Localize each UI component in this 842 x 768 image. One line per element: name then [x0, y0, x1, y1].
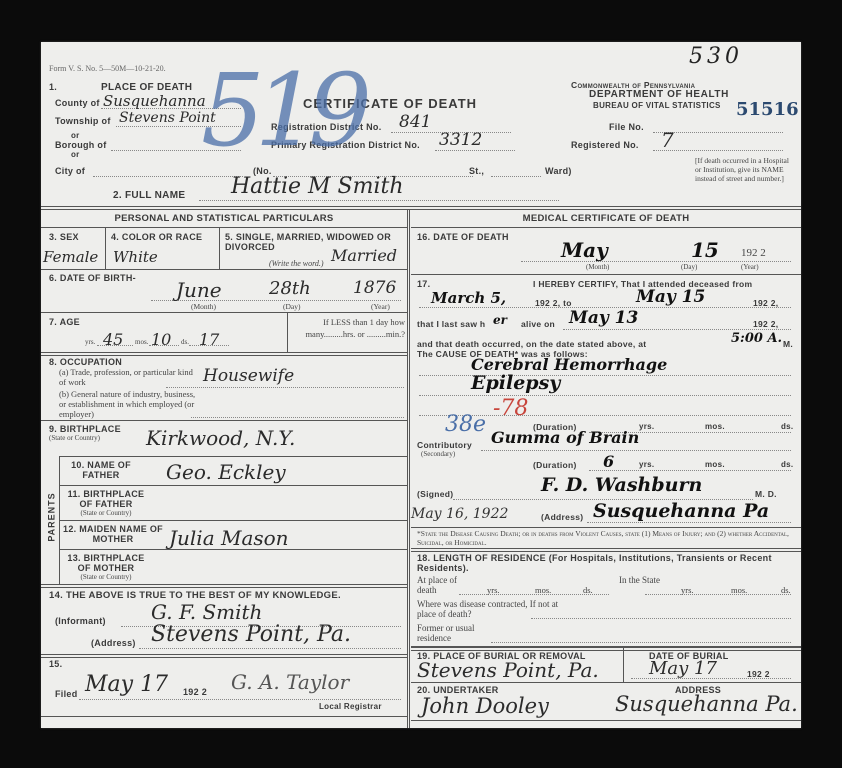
- marital-value: Married: [331, 246, 397, 265]
- state-yrs-label: yrs.: [681, 585, 694, 595]
- county-label: County of: [55, 98, 100, 108]
- or-text: or: [71, 131, 80, 140]
- cause-line-2: Epilepsy: [471, 372, 560, 394]
- cause-footnote: *State the Disease Causing Death; or in …: [417, 529, 797, 547]
- attended-to: May 15: [636, 287, 705, 307]
- registrar-signature: G. A. Taylor: [231, 670, 349, 694]
- city-label: City of: [55, 166, 85, 176]
- birthplace-value: Kirkwood, N.Y.: [146, 426, 295, 450]
- sex-value: Female: [43, 248, 98, 266]
- township-label: Township of: [55, 116, 111, 126]
- duration-ds-label: ds.: [781, 422, 793, 431]
- contributory-duration-years: 6: [603, 452, 614, 471]
- residence-ds-label: ds.: [583, 585, 593, 595]
- cause-code-blue: 38e: [445, 412, 486, 437]
- full-name-label: 2. FULL NAME: [113, 190, 185, 201]
- age-months: 10: [151, 330, 171, 349]
- age-yrs-label: yrs.: [85, 338, 95, 346]
- last-saw-label: that I last saw h: [417, 319, 485, 329]
- reg-district-value: 841: [399, 112, 431, 132]
- mother-name-label: 12. MAIDEN NAME OF MOTHER: [61, 524, 165, 544]
- last-saw-date: May 13: [569, 308, 638, 328]
- file-no-label: File No.: [609, 122, 644, 132]
- burial-year: 192 2: [747, 669, 770, 679]
- primary-reg-value: 3312: [439, 130, 482, 150]
- less-than-day-text: If LESS than 1 day how many.........hrs.…: [293, 316, 405, 340]
- death-certificate: Form V. S. No. 5—50M—10-21-20. 1. PLACE …: [41, 42, 801, 728]
- age-mos-label: mos.: [135, 338, 148, 346]
- duration-label-2: (Duration): [533, 460, 577, 470]
- ward-label: Ward): [545, 166, 572, 176]
- personal-section-title: PERSONAL AND STATISTICAL PARTICULARS: [41, 213, 407, 224]
- duration-mos-label-2: mos.: [705, 460, 725, 469]
- state-ds-label: ds.: [781, 585, 791, 595]
- father-name-value: Geo. Eckley: [166, 460, 286, 484]
- marital-hint: (Write the word.): [269, 259, 324, 268]
- attended-from-year: 192 2, to: [535, 298, 572, 308]
- father-birthplace-label: 11. BIRTHPLACE OF FATHER: [61, 489, 151, 509]
- attended-to-year: 192 2,: [753, 298, 778, 308]
- former-residence-label: Former or usual residence: [417, 623, 497, 643]
- mother-name-value: Julia Mason: [169, 526, 289, 550]
- dod-month: May: [561, 238, 608, 262]
- dob-month: June: [176, 278, 222, 302]
- duration-ds-label-2: ds.: [781, 460, 793, 469]
- undertaker-value: John Dooley: [421, 694, 549, 718]
- occupation-a-text: (a) Trade, profession, or particular kin…: [59, 367, 199, 387]
- md-label: M. D.: [755, 489, 777, 499]
- contributory-label: Contributory: [417, 440, 472, 450]
- occupation-b-text: (b) General nature of industry, business…: [59, 389, 199, 419]
- mother-birthplace-hint: (State or Country): [61, 573, 151, 581]
- last-saw-pronoun: er: [493, 313, 507, 327]
- department-heading: DEPARTMENT OF HEALTH: [589, 89, 729, 100]
- registered-no-label: Registered No.: [571, 140, 639, 150]
- cause-code-red: -78: [493, 396, 528, 421]
- age-days: 17: [199, 330, 219, 349]
- contributory-value: Gumma of Brain: [491, 428, 639, 447]
- month-caption: (Month): [191, 302, 216, 311]
- birthplace-hint: (State or Country): [49, 434, 100, 442]
- physician-address-value: Susquehanna Pa: [593, 500, 769, 522]
- informant-value: G. F. Smith: [151, 600, 262, 624]
- alive-on-label: alive on: [521, 319, 555, 329]
- stamp-number: 51516: [736, 99, 799, 120]
- county-value: Susquehanna: [103, 92, 206, 110]
- birthplace-label: 9. BIRTHPLACE: [49, 424, 121, 434]
- informant-address-label: (Address): [91, 638, 136, 648]
- dod-label: 16. DATE OF DEATH: [417, 232, 509, 242]
- registered-no-value: 7: [661, 128, 674, 152]
- filed-date: May 17: [85, 672, 168, 697]
- race-value: White: [113, 248, 158, 266]
- age-years: 45: [103, 330, 123, 349]
- section-number-1: 1.: [49, 82, 57, 92]
- burial-place-value: Stevens Point, Pa.: [417, 658, 599, 682]
- duration-mos-label: mos.: [705, 422, 725, 431]
- section-17: 17.: [417, 279, 430, 289]
- signed-label: (Signed): [417, 489, 453, 499]
- residence-yrs-label: yrs.: [487, 585, 500, 595]
- section-15: 15.: [49, 659, 62, 669]
- or-text: or: [71, 150, 80, 159]
- registrar-label: Local Registrar: [319, 702, 382, 711]
- disease-contracted-label: Where was disease contracted, If not at …: [417, 599, 567, 619]
- medical-section-title: MEDICAL CERTIFICATE OF DEATH: [411, 213, 801, 224]
- age-label: 7. AGE: [49, 317, 80, 327]
- occupation-value: Housewife: [203, 366, 294, 386]
- duration-yrs-label: yrs.: [639, 422, 654, 431]
- dod-day: 15: [691, 238, 719, 262]
- full-name-value: Hattie M Smith: [231, 174, 404, 199]
- age-ds-label: ds.: [181, 338, 189, 346]
- corner-number: 530: [689, 44, 743, 69]
- death-time: 5:00 A.: [731, 331, 782, 346]
- dob-label: 6. DATE OF BIRTH-: [49, 273, 136, 283]
- dob-year: 1876: [353, 278, 396, 298]
- father-birthplace-hint: (State or Country): [61, 509, 151, 517]
- hospital-note: [If death occurred in a Hospital or Inst…: [695, 156, 791, 183]
- dod-year: 192 2: [741, 247, 766, 259]
- at-place-of-death-label: At place of death: [417, 575, 477, 595]
- attended-from: March 5,: [431, 289, 506, 307]
- dod-day-caption: (Day): [681, 263, 697, 271]
- dod-year-caption: (Year): [741, 263, 759, 271]
- dob-day: 28th: [269, 278, 311, 299]
- physician-address-label: (Address): [541, 512, 583, 522]
- filed-label: Filed: [55, 689, 78, 699]
- informant-label: (Informant): [55, 616, 106, 626]
- death-time-suffix: M.: [783, 339, 793, 349]
- state-mos-label: mos.: [731, 585, 747, 595]
- dod-month-caption: (Month): [586, 263, 609, 271]
- secondary-label: (Secondary): [421, 450, 455, 458]
- residence-label: 18. LENGTH OF RESIDENCE (For Hospitals, …: [417, 553, 797, 573]
- bureau-heading: BUREAU OF VITAL STATISTICS: [593, 101, 721, 110]
- father-name-label: 10. NAME OF FATHER: [61, 460, 141, 480]
- death-occurred-text: and that death occurred, on the date sta…: [417, 339, 646, 349]
- race-label: 4. COLOR OR RACE: [111, 232, 202, 242]
- day-caption: (Day): [283, 302, 301, 311]
- year-caption: (Year): [371, 302, 390, 311]
- in-state-label: In the State: [619, 575, 669, 585]
- mother-birthplace-label: 13. BIRTHPLACE OF MOTHER: [61, 553, 151, 573]
- signed-date: May 16, 1922: [411, 506, 508, 522]
- physician-signature: F. D. Washburn: [541, 474, 702, 496]
- parents-label: PARENTS: [47, 492, 57, 541]
- sex-label: 3. SEX: [49, 232, 79, 242]
- street-label: St.,: [469, 166, 484, 176]
- filed-year: 192 2: [183, 687, 207, 697]
- residence-mos-label: mos.: [535, 585, 551, 595]
- big-blue-number: 519: [201, 52, 362, 169]
- undertaker-address-value: Susquehanna Pa.: [615, 692, 798, 716]
- form-id: Form V. S. No. 5—50M—10-21-20.: [49, 64, 166, 73]
- informant-address-value: Stevens Point, Pa.: [151, 622, 351, 647]
- burial-date-value: May 17: [649, 658, 717, 679]
- occupation-label: 8. OCCUPATION: [49, 357, 122, 367]
- last-saw-year: 192 2,: [753, 319, 778, 329]
- borough-label: Borough of: [55, 140, 107, 150]
- duration-yrs-label-2: yrs.: [639, 460, 654, 469]
